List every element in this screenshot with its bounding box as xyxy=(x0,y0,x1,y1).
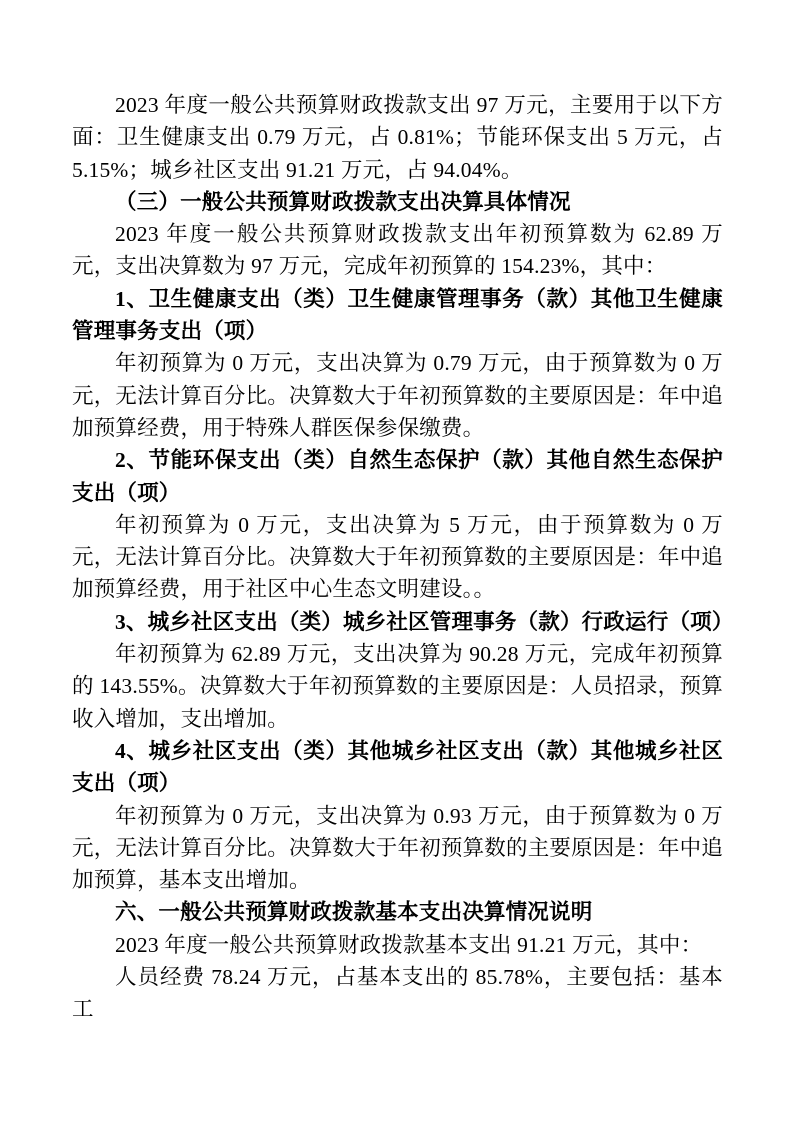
heading-item-3-community-admin: 3、城乡社区支出（类）城乡社区管理事务（款）行政运行（项） xyxy=(72,606,723,638)
paragraph-budget-vs-final: 2023 年度一般公共预算财政拨款支出年初预算数为 62.89 万元，支出决算数… xyxy=(72,218,723,283)
heading-item-2-energy-conservation: 2、节能环保支出（类）自然生态保护（款）其他自然生态保护支出（项） xyxy=(72,444,723,509)
heading-section-6-basic-expenditure: 六、一般公共预算财政拨款基本支出决算情况说明 xyxy=(72,896,723,928)
paragraph-item-3-detail: 年初预算为 62.89 万元，支出决算为 90.28 万元，完成年初预算的 14… xyxy=(72,638,723,735)
document-page: 2023 年度一般公共预算财政拨款支出 97 万元，主要用于以下方面：卫生健康支… xyxy=(0,0,793,1122)
paragraph-expenditure-overview: 2023 年度一般公共预算财政拨款支出 97 万元，主要用于以下方面：卫生健康支… xyxy=(72,89,723,186)
paragraph-item-4-detail: 年初预算为 0 万元，支出决算为 0.93 万元，由于预算数为 0 万元，无法计… xyxy=(72,800,723,897)
paragraph-item-1-detail: 年初预算为 0 万元，支出决算为 0.79 万元，由于预算数为 0 万元，无法计… xyxy=(72,347,723,444)
heading-item-4-community-other: 4、城乡社区支出（类）其他城乡社区支出（款）其他城乡社区支出（项） xyxy=(72,735,723,800)
heading-section-3-expenditure-detail: （三）一般公共预算财政拨款支出决算具体情况 xyxy=(72,186,723,218)
paragraph-basic-expenditure-total: 2023 年度一般公共预算财政拨款基本支出 91.21 万元，其中： xyxy=(72,929,723,961)
heading-item-1-health-expenditure: 1、卫生健康支出（类）卫生健康管理事务（款）其他卫生健康管理事务支出（项） xyxy=(72,283,723,348)
paragraph-item-2-detail: 年初预算为 0 万元，支出决算为 5 万元，由于预算数为 0 万元，无法计算百分… xyxy=(72,509,723,606)
paragraph-personnel-expense: 人员经费 78.24 万元，占基本支出的 85.78%，主要包括：基本工 xyxy=(72,961,723,1026)
